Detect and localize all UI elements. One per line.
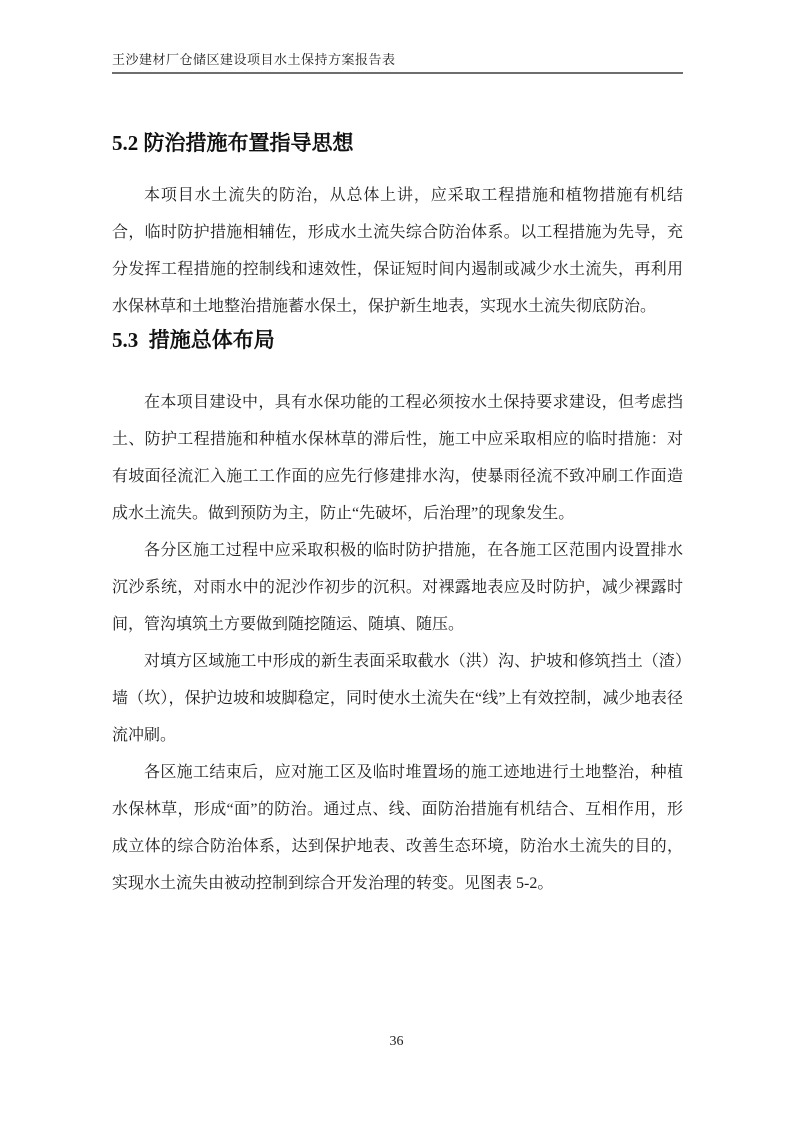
page-content: 5.2 防治措施布置指导思想 本项目水土流失的防治，从总体上讲，应采取工程措施和… xyxy=(112,120,683,902)
paragraph-5-3-3: 对填方区域施工中形成的新生表面采取截水（洪）沟、护坡和修筑挡土（渣）墙（坎），保… xyxy=(112,643,683,754)
document-page: 王沙建材厂仓储区建设项目水土保持方案报告表 5.2 防治措施布置指导思想 本项目… xyxy=(0,0,793,1122)
paragraph-5-3-1: 在本项目建设中，具有水保功能的工程必须按水土保持要求建设，但考虑挡土、防护工程措… xyxy=(112,384,683,532)
header-title: 王沙建材厂仓储区建设项目水土保持方案报告表 xyxy=(112,52,396,67)
paragraph-5-3-4: 各区施工结束后，应对施工区及临时堆置场的施工迹地进行土地整治，种植水保林草，形成… xyxy=(112,754,683,902)
page-header: 王沙建材厂仓储区建设项目水土保持方案报告表 xyxy=(112,52,683,74)
section-heading-5-3: 5.3 措施总体布局 xyxy=(112,327,683,353)
section-heading-5-2: 5.2 防治措施布置指导思想 xyxy=(112,130,683,156)
page-footer: 36 xyxy=(0,1034,793,1050)
paragraph-5-3-2: 各分区施工过程中应采取积极的临时防护措施，在各施工区范围内设置排水沉沙系统，对雨… xyxy=(112,532,683,643)
paragraph-5-2-1: 本项目水土流失的防治，从总体上讲，应采取工程措施和植物措施有机结合，临时防护措施… xyxy=(112,177,683,325)
page-number: 36 xyxy=(390,1034,404,1049)
